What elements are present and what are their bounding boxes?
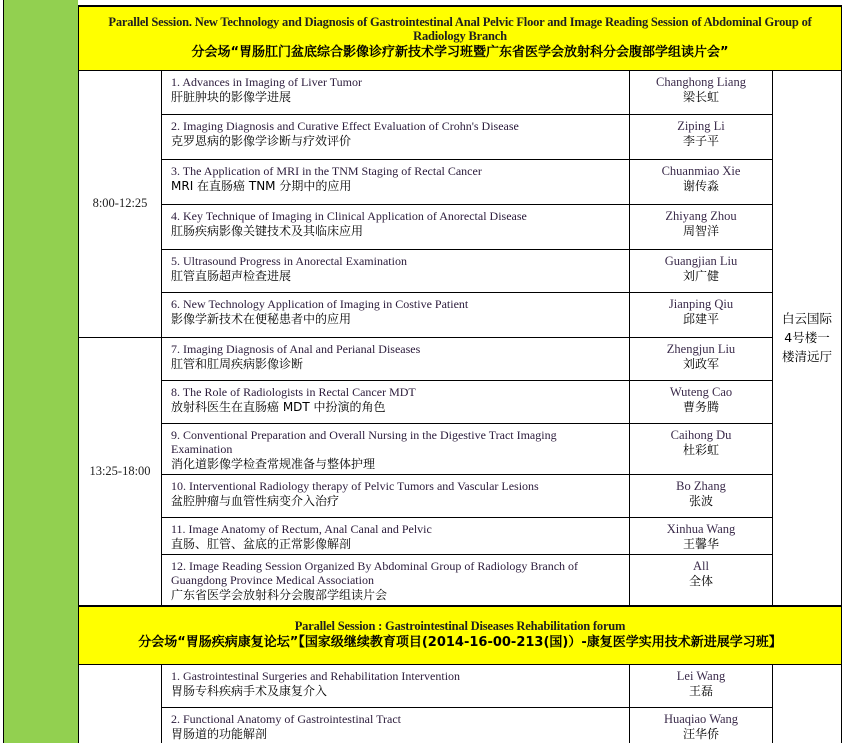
session1-header: Parallel Session. New Technology and Dia… xyxy=(79,6,842,70)
session2-header: Parallel Session : Gastrointestinal Dise… xyxy=(79,606,842,665)
speaker-cell: Jianping Qiu 邱建平 xyxy=(630,292,773,337)
session1-title-en: Parallel Session. New Technology and Dia… xyxy=(85,15,835,43)
speaker-cell: Chuanmiao Xie 谢传淼 xyxy=(630,159,773,204)
topic-en: 9. Conventional Preparation and Overall … xyxy=(171,426,620,456)
speaker-cell: Changhong Liang 梁长虹 xyxy=(630,70,773,114)
topic-en: 3. The Application of MRI in the TNM Sta… xyxy=(171,162,620,178)
topic-cn: 影像学新技术在便秘患者中的应用 xyxy=(171,311,620,327)
topic-cell: 2. Imaging Diagnosis and Curative Effect… xyxy=(162,114,630,159)
speaker-en: Ziping Li xyxy=(630,119,772,133)
topic-en: 11. Image Anatomy of Rectum, Anal Canal … xyxy=(171,520,620,536)
speaker-en: Caihong Du xyxy=(630,428,772,442)
session-header-row: Parallel Session : Gastrointestinal Dise… xyxy=(79,606,842,665)
time-cell-afternoon: 13:25-18:00 xyxy=(79,337,162,606)
topic-en: 12. Image Reading Session Organized By A… xyxy=(171,557,620,587)
topic-en: 10. Interventional Radiology therapy of … xyxy=(171,477,620,493)
table-row: 3. The Application of MRI in the TNM Sta… xyxy=(79,159,842,204)
topic-cell: 6. New Technology Application of Imaging… xyxy=(162,292,630,337)
speaker-en: Xinhua Wang xyxy=(630,522,772,536)
topic-cn: 肛管和肛周疾病影像诊断 xyxy=(171,356,620,372)
speaker-cn: 杜彩虹 xyxy=(630,442,772,458)
topic-cell: 9. Conventional Preparation and Overall … xyxy=(162,423,630,474)
session1-title-cn: 分会场“胃肠肛门盆底综合影像诊疗新技术学习班暨广东省医学会放射科分会腹部学组读片… xyxy=(85,44,835,62)
speaker-en: Zhiyang Zhou xyxy=(630,209,772,223)
topic-cell: 7. Imaging Diagnosis of Anal and Periana… xyxy=(162,337,630,380)
topic-cn: 直肠、肛管、盆底的正常影像解剖 xyxy=(171,536,620,552)
speaker-cn: 梁长虹 xyxy=(630,89,772,105)
speaker-cell: Bo Zhang 张波 xyxy=(630,474,773,517)
table-row: 5. Ultrasound Progress in Anorectal Exam… xyxy=(79,249,842,292)
topic-cn: 肛肠疾病影像关键技术及其临床应用 xyxy=(171,223,620,239)
speaker-cn: 周智洋 xyxy=(630,223,772,239)
speaker-cell: Zhengjun Liu 刘政军 xyxy=(630,337,773,380)
speaker-en: Guangjian Liu xyxy=(630,254,772,268)
topic-cn: 胃肠道的功能解剖 xyxy=(171,726,620,742)
session2-title-en: Parallel Session : Gastrointestinal Dise… xyxy=(85,619,835,633)
speaker-en: Jianping Qiu xyxy=(630,297,772,311)
speaker-cn: 全体 xyxy=(630,573,772,589)
topic-cn: 广东省医学会放射科分会腹部学组读片会 xyxy=(171,587,620,603)
topic-cn: 消化道影像学检查常规准备与整体护理 xyxy=(171,456,620,472)
topic-cn: 肛管直肠超声检查进展 xyxy=(171,268,620,284)
topic-en: 2. Imaging Diagnosis and Curative Effect… xyxy=(171,117,620,133)
topic-en: 8. The Role of Radiologists in Rectal Ca… xyxy=(171,383,620,399)
speaker-en: Changhong Liang xyxy=(630,75,772,89)
speaker-en: All xyxy=(630,559,772,573)
topic-cn: 克罗恩病的影像学诊断与疗效评价 xyxy=(171,133,620,149)
speaker-cell: Caihong Du 杜彩虹 xyxy=(630,423,773,474)
speaker-en: Bo Zhang xyxy=(630,479,772,493)
time-cell-morning: 8:00-12:25 xyxy=(79,70,162,337)
venue-cell: 白云国际4号楼一楼清远厅 xyxy=(773,70,842,606)
table-row: 2. Imaging Diagnosis and Curative Effect… xyxy=(79,114,842,159)
table-row: 4. Key Technique of Imaging in Clinical … xyxy=(79,204,842,249)
speaker-en: Chuanmiao Xie xyxy=(630,164,772,178)
topic-cell: 11. Image Anatomy of Rectum, Anal Canal … xyxy=(162,517,630,554)
speaker-cn: 刘广健 xyxy=(630,268,772,284)
venue-cell-empty xyxy=(773,665,842,743)
topic-cell: 1. Advances in Imaging of Liver Tumor 肝脏… xyxy=(162,70,630,114)
schedule-sheet: Parallel Session. New Technology and Dia… xyxy=(78,5,841,743)
time-cell-empty xyxy=(79,665,162,743)
speaker-cell: Ziping Li 李子平 xyxy=(630,114,773,159)
table-row: 13:25-18:00 7. Imaging Diagnosis of Anal… xyxy=(79,337,842,380)
topic-cell: 5. Ultrasound Progress in Anorectal Exam… xyxy=(162,249,630,292)
topic-en: 2. Functional Anatomy of Gastrointestina… xyxy=(171,710,620,726)
speaker-cn: 张波 xyxy=(630,493,772,509)
speaker-cell: Xinhua Wang 王馨华 xyxy=(630,517,773,554)
topic-cell: 1. Gastrointestinal Surgeries and Rehabi… xyxy=(162,665,630,708)
topic-cell: 10. Interventional Radiology therapy of … xyxy=(162,474,630,517)
topic-en: 1. Gastrointestinal Surgeries and Rehabi… xyxy=(171,667,620,683)
speaker-en: Lei Wang xyxy=(630,669,772,683)
speaker-cn: 邱建平 xyxy=(630,311,772,327)
speaker-cn: 曹务腾 xyxy=(630,399,772,415)
session-header-row: Parallel Session. New Technology and Dia… xyxy=(79,6,842,70)
topic-en: 6. New Technology Application of Imaging… xyxy=(171,295,620,311)
topic-en: 4. Key Technique of Imaging in Clinical … xyxy=(171,207,620,223)
topic-cn: 肝脏肿块的影像学进展 xyxy=(171,89,620,105)
speaker-en: Wuteng Cao xyxy=(630,385,772,399)
table-row: 11. Image Anatomy of Rectum, Anal Canal … xyxy=(79,517,842,554)
table-row: 8:00-12:25 1. Advances in Imaging of Liv… xyxy=(79,70,842,114)
topic-cell: 12. Image Reading Session Organized By A… xyxy=(162,554,630,606)
speaker-cell: Huaqiao Wang 汪华侨 xyxy=(630,708,773,743)
table-row: 6. New Technology Application of Imaging… xyxy=(79,292,842,337)
speaker-cn: 李子平 xyxy=(630,133,772,149)
table-row: 2. Functional Anatomy of Gastrointestina… xyxy=(79,708,842,743)
topic-cell: 2. Functional Anatomy of Gastrointestina… xyxy=(162,708,630,743)
speaker-en: Huaqiao Wang xyxy=(630,712,772,726)
speaker-en: Zhengjun Liu xyxy=(630,342,772,356)
topic-cell: 3. The Application of MRI in the TNM Sta… xyxy=(162,159,630,204)
table-row: 10. Interventional Radiology therapy of … xyxy=(79,474,842,517)
speaker-cn: 刘政军 xyxy=(630,356,772,372)
topic-cn: MRI 在直肠癌 TNM 分期中的应用 xyxy=(171,178,620,194)
speaker-cn: 王馨华 xyxy=(630,536,772,552)
speaker-cell: All 全体 xyxy=(630,554,773,606)
table-row: 1. Gastrointestinal Surgeries and Rehabi… xyxy=(79,665,842,708)
schedule-table: Parallel Session. New Technology and Dia… xyxy=(78,5,842,743)
topic-cn: 胃肠专科疾病手术及康复介入 xyxy=(171,683,620,699)
speaker-cn: 谢传淼 xyxy=(630,178,772,194)
topic-cn: 盆腔肿瘤与血管性病变介入治疗 xyxy=(171,493,620,509)
speaker-cell: Guangjian Liu 刘广健 xyxy=(630,249,773,292)
table-row: 9. Conventional Preparation and Overall … xyxy=(79,423,842,474)
speaker-cell: Zhiyang Zhou 周智洋 xyxy=(630,204,773,249)
topic-cell: 8. The Role of Radiologists in Rectal Ca… xyxy=(162,380,630,423)
speaker-cn: 王磊 xyxy=(630,683,772,699)
speaker-cell: Wuteng Cao 曹务腾 xyxy=(630,380,773,423)
speaker-cell: Lei Wang 王磊 xyxy=(630,665,773,708)
table-row: 12. Image Reading Session Organized By A… xyxy=(79,554,842,606)
topic-en: 7. Imaging Diagnosis of Anal and Periana… xyxy=(171,340,620,356)
speaker-cn: 汪华侨 xyxy=(630,726,772,742)
topic-cell: 4. Key Technique of Imaging in Clinical … xyxy=(162,204,630,249)
table-row: 8. The Role of Radiologists in Rectal Ca… xyxy=(79,380,842,423)
topic-cn: 放射科医生在直肠癌 MDT 中扮演的角色 xyxy=(171,399,620,415)
topic-en: 1. Advances in Imaging of Liver Tumor xyxy=(171,73,620,89)
topic-en: 5. Ultrasound Progress in Anorectal Exam… xyxy=(171,252,620,268)
side-green-column xyxy=(3,0,78,743)
session2-title-cn: 分会场“胃肠疾病康复论坛”【国家级继续教育项目(2014-16-00-213(国… xyxy=(85,634,835,652)
